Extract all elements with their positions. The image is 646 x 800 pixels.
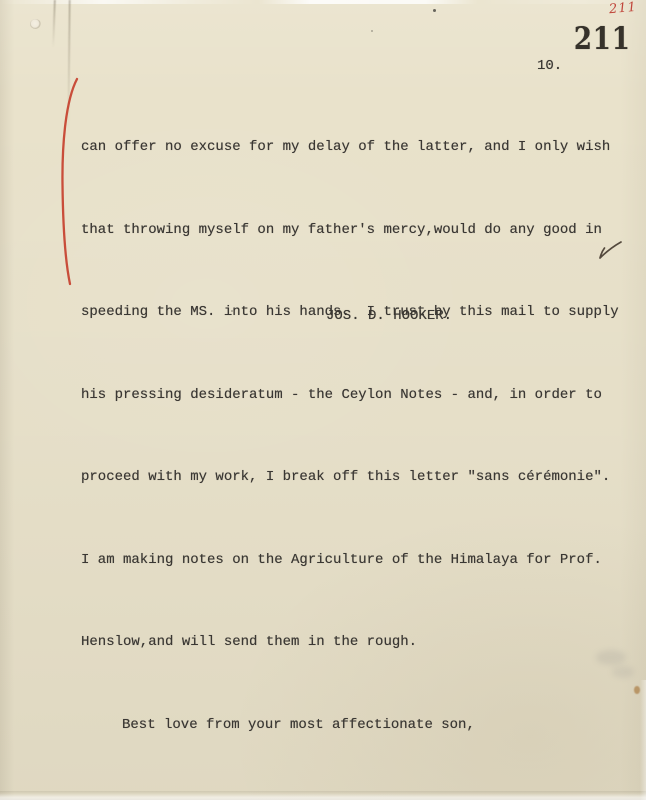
letter-line-7: Henslow,and will send them in the rough. [81,629,641,657]
letter-closing: Best love from your most affectionate so… [81,712,641,740]
letter-line-2: that throwing myself on my father's merc… [81,217,641,245]
dust-speck [433,9,436,12]
typed-page-number: 10. [537,58,562,74]
letter-body: can offer no excuse for my delay of the … [81,79,641,794]
handwritten-folio-number: 211 [608,0,637,17]
stamped-folio-number: 211 [574,21,631,57]
paper-crease [52,0,55,48]
letter-line-4: his pressing desideratum - the Ceylon No… [81,382,641,410]
pin-hole [30,19,41,29]
scanned-letter-page: 211 211 10. can offer no excuse for my d… [0,0,646,800]
red-margin-bracket-icon [57,74,83,290]
letter-line-1: can offer no excuse for my delay of the … [81,134,641,162]
scan-edge-top [0,0,646,4]
letter-line-6: I am making notes on the Agriculture of … [81,547,641,575]
dust-speck [371,30,373,32]
letter-signature: JOS. D. HOOKER. [326,308,452,324]
letter-line-5: proceed with my work, I break off this l… [81,464,641,492]
checkmark-icon [595,239,623,264]
